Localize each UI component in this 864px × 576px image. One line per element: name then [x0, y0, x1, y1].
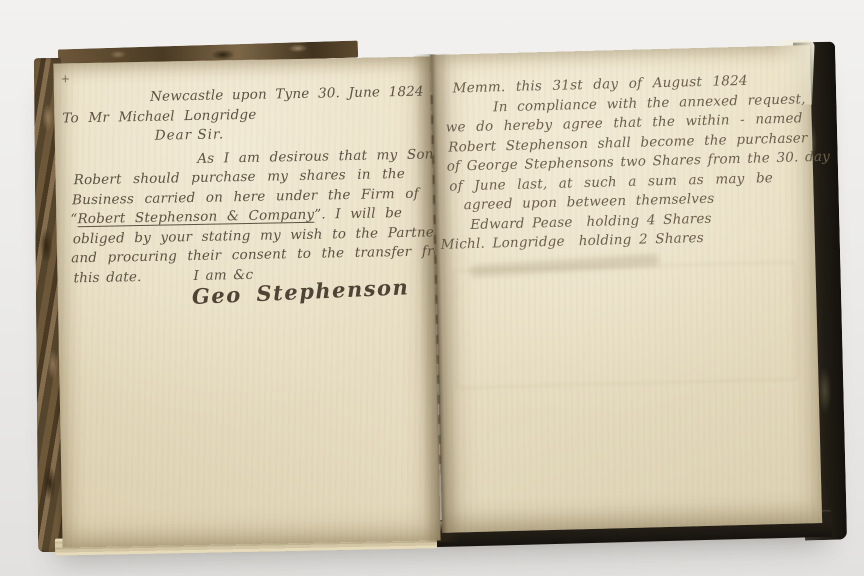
- firm-name-underlined: Robert Stephenson & Company: [77, 207, 314, 228]
- closing-left: this date.: [73, 269, 141, 286]
- holding-amount: holding 2 Shares: [579, 230, 705, 249]
- left-page-text: Newcastle upon Tyne 30. June 1824 To Mr …: [53, 56, 436, 309]
- right-page: Memm. this 31st day of August 1824 In co…: [430, 45, 822, 533]
- pressed-page-impression: [453, 262, 798, 389]
- holder-name: Edward Pease: [470, 214, 573, 233]
- holding-amount: holding 4 Shares: [586, 210, 712, 229]
- holder-name: Michl. Longridge: [441, 234, 565, 253]
- right-page-text: Memm. this 31st day of August 1824 In co…: [430, 45, 815, 255]
- salutation-line: Dear Sir.: [155, 121, 433, 146]
- photo-background: + Newcastle upon Tyne 30. June 1824 To M…: [0, 0, 864, 576]
- left-page: + Newcastle upon Tyne 30. June 1824 To M…: [53, 56, 440, 547]
- firm-line-rest: ”. I will be: [314, 205, 402, 223]
